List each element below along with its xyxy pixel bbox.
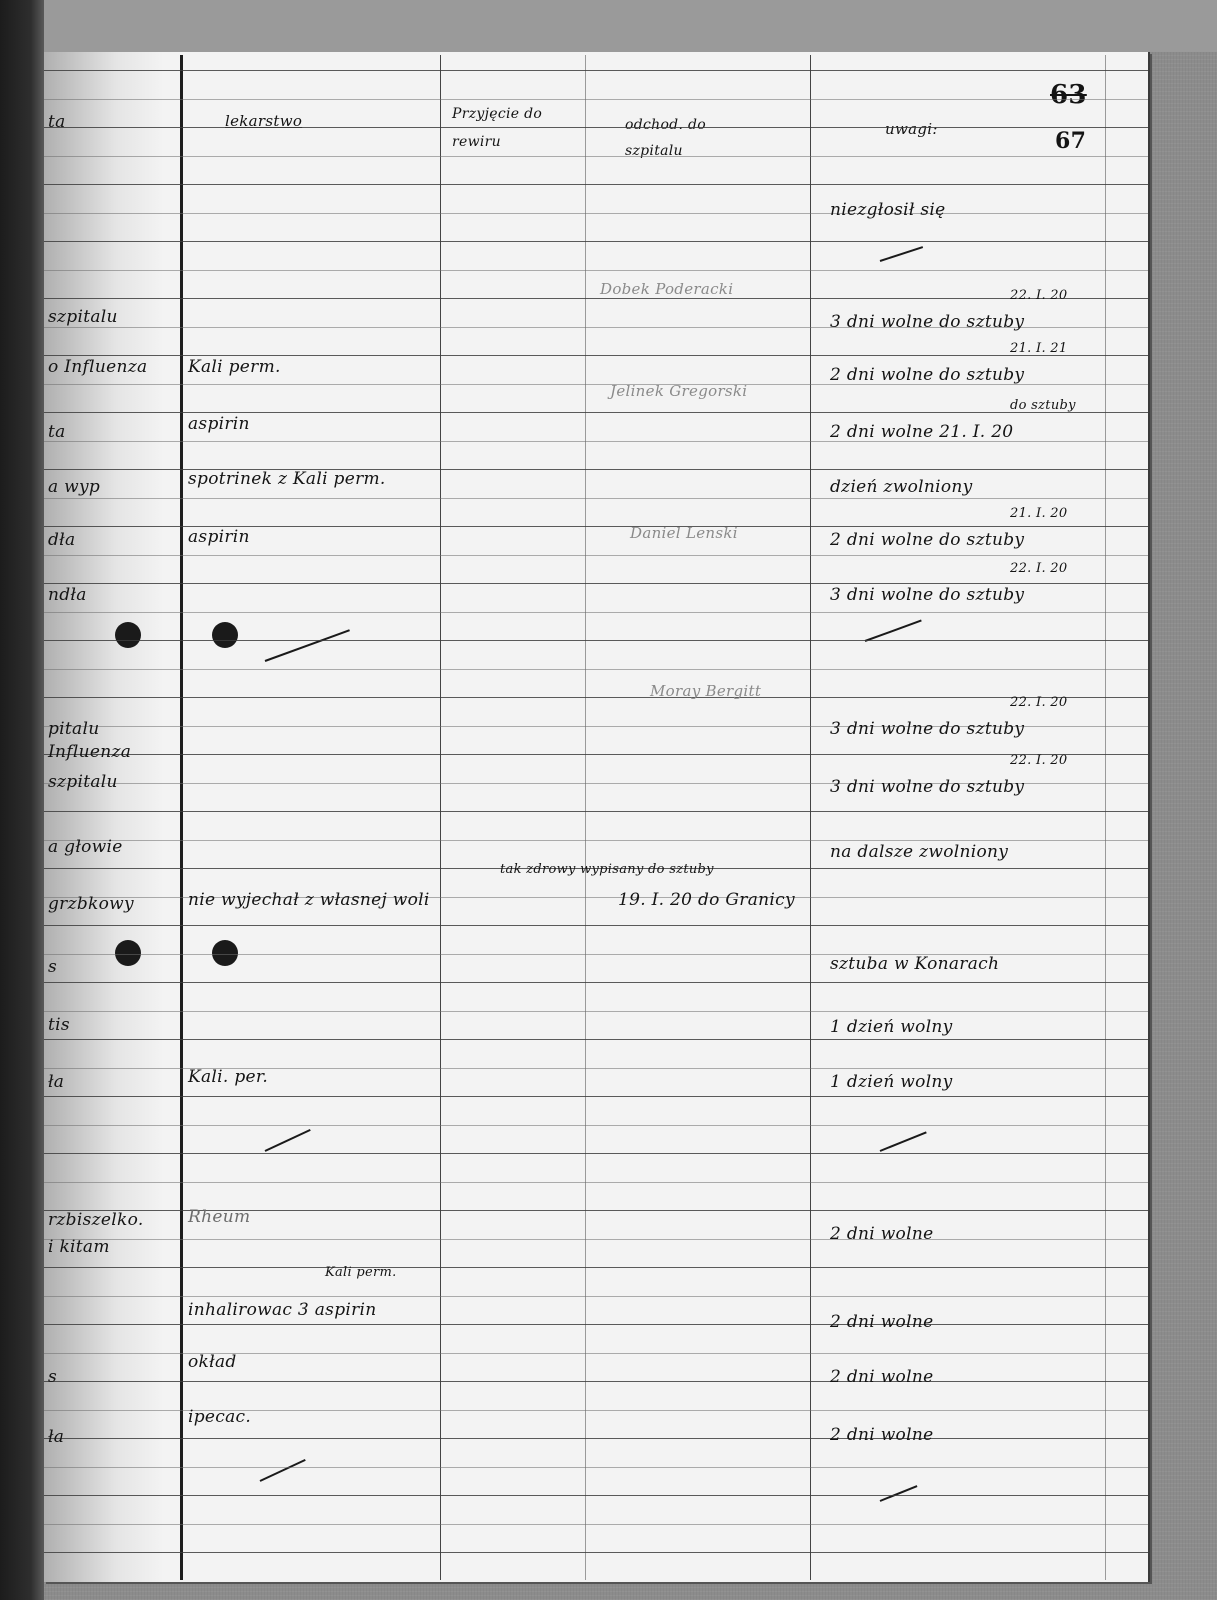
- margin-fragment: i kitam: [48, 1237, 110, 1257]
- admission-entry: 19. I. 20 do Granicy: [618, 890, 795, 910]
- margin-fragment: a głowie: [48, 837, 123, 857]
- medicine-entry: okład: [188, 1352, 237, 1372]
- check-mark: [880, 1485, 918, 1502]
- ruled-line: [44, 1239, 1148, 1240]
- header-remarks: uwagi:: [885, 120, 938, 138]
- ruled-line: [44, 669, 1148, 670]
- ruled-line: [44, 1524, 1148, 1525]
- ruled-line: [44, 982, 1148, 983]
- ruled-line: [44, 555, 1148, 556]
- ruled-line: [44, 99, 1148, 100]
- margin-fragment: dła: [48, 530, 75, 550]
- margin-fragment: ła: [48, 1072, 64, 1092]
- margin-fragment: rzbiszelko.: [48, 1210, 144, 1230]
- remark-date: 22. I. 20: [1010, 753, 1067, 768]
- medicine-entry: Rheum: [188, 1207, 250, 1227]
- page-number: 67: [1055, 128, 1086, 154]
- header-admitted: Przyjęcie do rewiru: [452, 100, 572, 156]
- ruled-line: [44, 1011, 1148, 1012]
- ruled-line: [44, 697, 1148, 698]
- ruled-line: [44, 1495, 1148, 1496]
- ruled-line: [44, 1039, 1148, 1040]
- medicine-entry: nie wyjechał z własnej woli: [188, 890, 430, 910]
- remark-entry: dzień zwolniony: [830, 477, 973, 497]
- ruled-line: [44, 270, 1148, 271]
- margin-fragment: ła: [48, 1427, 64, 1447]
- ruled-line: [44, 640, 1148, 641]
- column-divider-medicine: [440, 55, 441, 1580]
- medicine-entry: Kali. per.: [188, 1067, 268, 1087]
- check-mark: [265, 629, 350, 662]
- check-mark: [880, 246, 923, 262]
- remark-entry: 3 dni wolne do sztuby: [830, 585, 1024, 605]
- remark-entry: 3 dni wolne do sztuby: [830, 719, 1024, 739]
- remark-entry: 3 dni wolne do sztuby: [830, 312, 1024, 332]
- margin-fragment: a wyp: [48, 477, 100, 497]
- ruled-line: [44, 1381, 1148, 1382]
- ruled-line: [44, 156, 1148, 157]
- remark-date: do sztuby: [1010, 398, 1076, 413]
- ruled-line: [44, 1467, 1148, 1468]
- ruled-line: [44, 583, 1148, 584]
- column-divider-admitted: [585, 55, 586, 1580]
- remark-date: 22. I. 20: [1010, 288, 1067, 303]
- bleed-through-entry: Daniel Lenski: [630, 524, 738, 542]
- margin-fragment: s: [48, 1367, 57, 1387]
- medicine-entry: aspirin: [188, 527, 250, 547]
- margin-fragment: tis: [48, 1015, 70, 1035]
- column-divider-binding: [180, 55, 183, 1580]
- ruled-line: [44, 1153, 1148, 1154]
- ruled-line: [44, 1125, 1148, 1126]
- ruled-line: [44, 840, 1148, 841]
- remark-entry: 2 dni wolne do sztuby: [830, 365, 1024, 385]
- column-divider-hospital: [810, 55, 811, 1580]
- remark-entry: 2 dni wolne: [830, 1367, 933, 1387]
- medicine-entry: ipecac.: [188, 1407, 251, 1427]
- margin-fragment: ta: [48, 112, 66, 132]
- punch-hole: [115, 622, 141, 648]
- remark-date: 22. I. 20: [1010, 695, 1067, 710]
- ruled-line: [44, 1552, 1148, 1553]
- ruled-line: [44, 355, 1148, 356]
- check-mark: [880, 1131, 927, 1152]
- remark-entry: 2 dni wolne: [830, 1224, 933, 1244]
- ruled-line: [44, 1296, 1148, 1297]
- remark-entry: 1 dzień wolny: [830, 1072, 953, 1092]
- remark-entry: 1 dzień wolny: [830, 1017, 953, 1037]
- ruled-line: [44, 70, 1148, 71]
- remark-date: 21. I. 20: [1010, 506, 1067, 521]
- margin-fragment: o Influenza: [48, 357, 147, 377]
- remark-entry: 2 dni wolne: [830, 1312, 933, 1332]
- bleed-through-entry: Moray Bergitt: [650, 682, 761, 700]
- medicine-entry: Kali perm.: [188, 357, 281, 377]
- remark-date: 22. I. 20: [1010, 561, 1067, 576]
- remark-date: 21. I. 21: [1010, 341, 1067, 356]
- ruled-line: [44, 213, 1148, 214]
- ruled-line: [44, 498, 1148, 499]
- ruled-line: [44, 1182, 1148, 1183]
- medicine-entry: aspirin: [188, 414, 250, 434]
- margin-fragment: szpitalu: [48, 772, 118, 792]
- page-number-crossed: 63: [1050, 80, 1087, 110]
- margin-fragment: grzbkowy: [48, 894, 134, 914]
- ruled-line: [44, 1438, 1148, 1439]
- remark-entry: 2 dni wolne 21. I. 20: [830, 422, 1013, 442]
- column-divider-right: [1105, 55, 1106, 1580]
- ruled-line: [44, 1267, 1148, 1268]
- margin-fragment: ta: [48, 422, 66, 442]
- margin-fragment: szpitalu: [48, 307, 118, 327]
- ruled-line: [44, 241, 1148, 242]
- medicine-entry: Kali perm.: [325, 1265, 397, 1280]
- medicine-entry: spotrinek z Kali perm.: [188, 469, 386, 489]
- margin-fragment: Influenza: [48, 742, 131, 762]
- ruled-line: [44, 811, 1148, 812]
- ruled-line: [44, 412, 1148, 413]
- page-content: 63 67 lekarstwo Przyjęcie do rewiru odch…: [0, 0, 1217, 1600]
- remark-entry: 3 dni wolne do sztuby: [830, 777, 1024, 797]
- ruled-line: [44, 127, 1148, 128]
- margin-fragment: s: [48, 957, 57, 977]
- remark-entry: niezgłosił się: [830, 200, 946, 220]
- admission-entry: tak zdrowy wypisany do sztuby: [500, 862, 714, 877]
- remark-entry: 2 dni wolne do sztuby: [830, 530, 1024, 550]
- remark-entry: sztuba w Konarach: [830, 954, 999, 974]
- bleed-through-entry: Dobek Poderacki: [600, 280, 733, 298]
- ruled-line: [44, 925, 1148, 926]
- check-mark: [865, 620, 922, 642]
- remark-entry: 2 dni wolne: [830, 1425, 933, 1445]
- ruled-line: [44, 612, 1148, 613]
- ruled-line: [44, 1096, 1148, 1097]
- ruled-line: [44, 184, 1148, 185]
- ruled-line: [44, 1324, 1148, 1325]
- ruled-line: [44, 298, 1148, 299]
- check-mark: [265, 1129, 311, 1152]
- remark-entry: na dalsze zwolniony: [830, 842, 1008, 862]
- medicine-entry: inhalirowac 3 aspirin: [188, 1300, 377, 1320]
- punch-hole: [212, 622, 238, 648]
- ruled-line: [44, 754, 1148, 755]
- margin-fragment: ndła: [48, 585, 87, 605]
- bleed-through-entry: Jelinek Gregorski: [610, 382, 747, 400]
- margin-fragment: pitalu: [48, 719, 99, 739]
- check-mark: [260, 1459, 306, 1482]
